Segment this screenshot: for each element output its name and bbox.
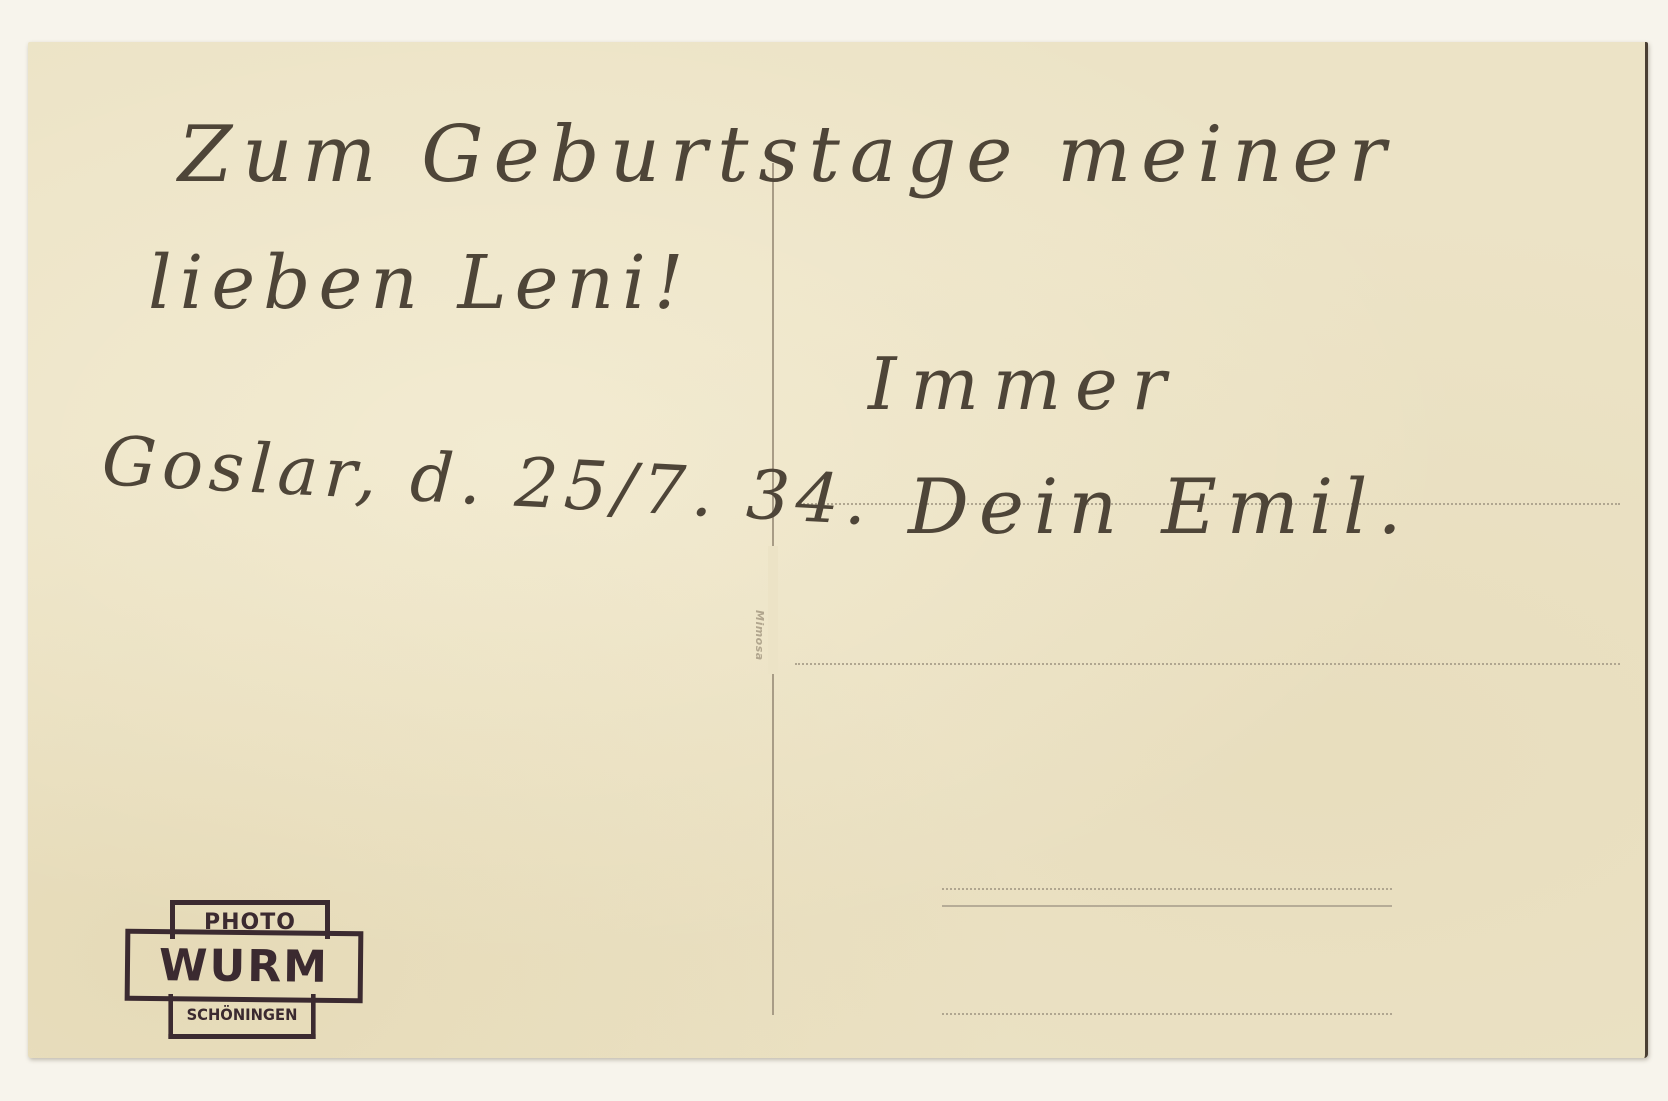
message-line-2: lieben Leni! [148, 240, 691, 326]
address-line-4 [942, 905, 1392, 907]
printer-mark: Mimosa [753, 610, 766, 661]
closing-line-1: Immer [868, 342, 1180, 426]
stamp-city-text: SCHÖNINGEN [187, 1005, 298, 1024]
address-line-5 [942, 1013, 1392, 1015]
postcard: Mimosa Zum Geburtstage meiner lieben Len… [28, 42, 1648, 1058]
message-line-1: Zum Geburtstage meiner [178, 110, 1396, 200]
address-line-2 [795, 663, 1620, 665]
address-line-3 [942, 888, 1392, 890]
stamp-wurm-text: WURM [159, 940, 329, 993]
place-and-date: Goslar, d. 25/7. 34. [100, 422, 875, 541]
stamp-wurm: WURM [125, 929, 364, 1003]
divider-gap [768, 546, 778, 674]
signature: Dein Emil. [908, 462, 1412, 551]
stamp-city: SCHÖNINGEN [168, 994, 315, 1039]
